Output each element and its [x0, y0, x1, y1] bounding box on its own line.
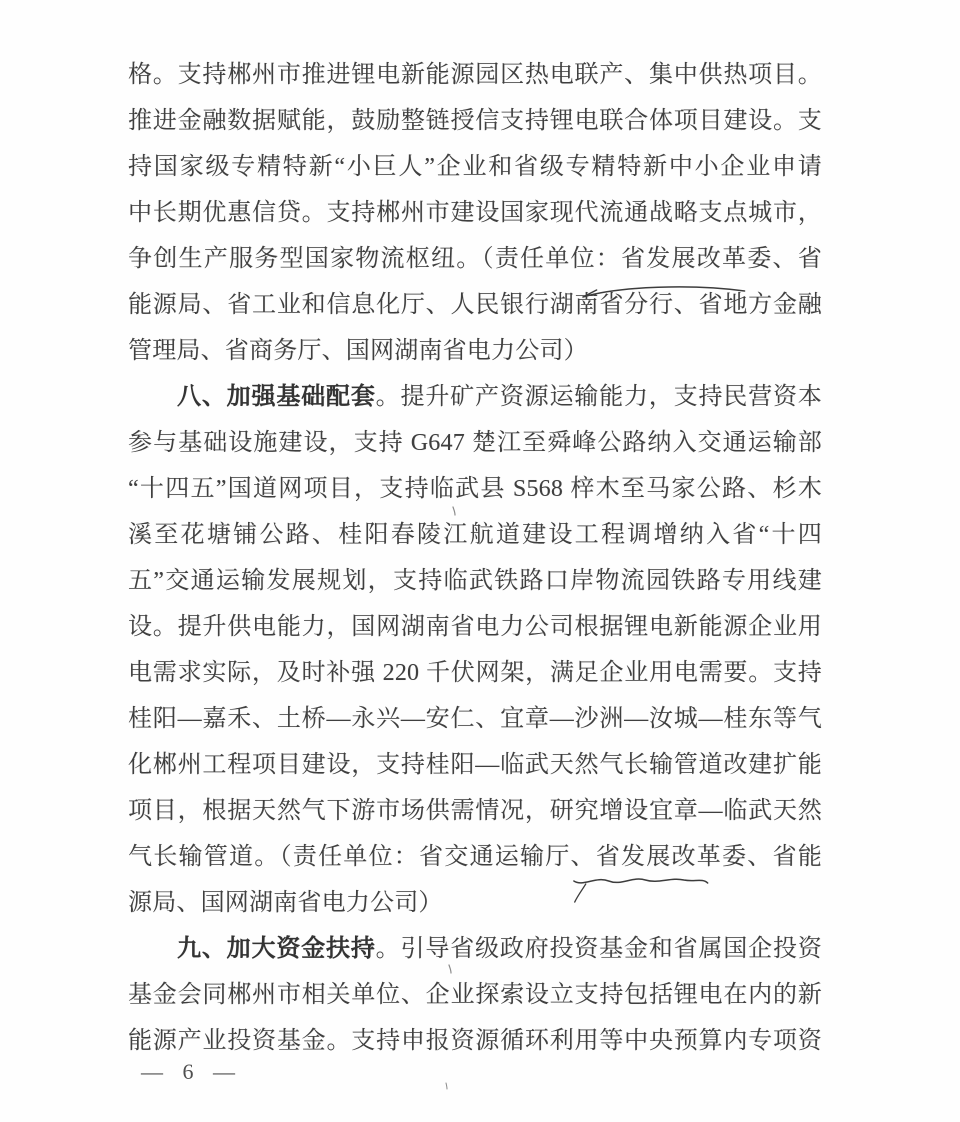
- section-heading-line-9: 九、加大资金扶持。引导省级政府投资基金和省属国企投资: [128, 926, 822, 972]
- line-text: 能源局、省工业和信息化厅、人民银行湖南省分行、省地方金融: [128, 292, 822, 318]
- line-text: 管理局、省商务厅、国网湖南省电力公司）: [128, 338, 588, 364]
- text-line-paragraph-end: 源局、国网湖南省电力公司）: [128, 880, 822, 926]
- line-text: 争创生产服务型国家物流枢纽。（责任单位：: [128, 246, 621, 272]
- text-line: 能源产业投资基金。支持申报资源循环利用等中央预算内专项资: [128, 1018, 822, 1064]
- line-text: “十四五”国道网项目，支持临武县 S568 梓木至马家公路、杉木: [128, 476, 822, 502]
- line-text: 源局、国网湖南省电力公司）: [128, 890, 443, 916]
- document-page: 格。支持郴州市推进锂电新能源园区热电联产、集中供热项目。 推进金融数据赋能，鼓励…: [0, 0, 960, 1122]
- line-text: 省发展改革委: [596, 844, 748, 870]
- line-text: 设。提升供电能力，国网湖南省电力公司根据锂电新能源企业用: [128, 614, 822, 640]
- line-text: 持国家级专精特新“小巨人”企业和省级专精特新中小企业申请: [128, 154, 822, 180]
- text-line-responsibility-1: 争创生产服务型国家物流枢纽。（责任单位：省发展改革委、省: [128, 236, 822, 282]
- text-line: 持国家级专精特新“小巨人”企业和省级专精特新中小企业申请: [128, 144, 822, 190]
- line-text: 省发展改革委: [621, 246, 773, 272]
- text-line-paragraph-end: 管理局、省商务厅、国网湖南省电力公司）: [128, 328, 822, 374]
- section-heading: 八、加强基础配套: [177, 383, 376, 410]
- text-line: 格。支持郴州市推进锂电新能源园区热电联产、集中供热项目。: [128, 52, 822, 98]
- line-text: 溪至花塘铺公路、桂阳春陵江航道建设工程调增纳入省“十四: [128, 522, 822, 548]
- underlined-text: 省发展改革委: [596, 844, 748, 870]
- text-line: 项目，根据天然气下游市场供需情况，研究增设宜章—临武天然: [128, 788, 822, 834]
- line-text: 项目，根据天然气下游市场供需情况，研究增设宜章—临武天然: [128, 798, 822, 824]
- text-line: 设。提升供电能力，国网湖南省电力公司根据锂电新能源企业用: [128, 604, 822, 650]
- line-text: 基金会同郴州市相关单位、企业探索设立支持包括锂电在内的新: [128, 982, 822, 1008]
- line-text: 参与基础设施建设，支持 G647 楚江至舜峰公路纳入交通运输部: [128, 430, 822, 456]
- text-line-responsibility-2: 气长输管道。（责任单位：省交通运输厅、省发展改革委、省能: [128, 834, 822, 880]
- line-text: 桂阳—嘉禾、土桥—永兴—安仁、宜章—沙洲—汝城—桂东等气: [128, 706, 822, 732]
- text-line: “十四五”国道网项目，支持临武县 S568 梓木至马家公路、杉木: [128, 466, 822, 512]
- underlined-text: 省发展改革委: [621, 246, 773, 272]
- page-number: — 6 —: [141, 1059, 242, 1085]
- text-line: 能源局、省工业和信息化厅、人民银行湖南省分行、省地方金融: [128, 282, 822, 328]
- document-body: 格。支持郴州市推进锂电新能源园区热电联产、集中供热项目。 推进金融数据赋能，鼓励…: [128, 52, 822, 1064]
- line-text: 格。支持郴州市推进锂电新能源园区热电联产、集中供热项目。: [128, 62, 822, 88]
- text-line: 电需求实际，及时补强 220 千伏网架，满足企业用电需要。支持: [128, 650, 822, 696]
- line-text: 化郴州工程项目建设，支持桂阳—临武天然气长输管道改建扩能: [128, 752, 822, 778]
- section-heading: 九、加大资金扶持: [177, 935, 376, 962]
- text-line: 五”交通运输发展规划，支持临武铁路口岸物流园铁路专用线建: [128, 558, 822, 604]
- text-line: 推进金融数据赋能，鼓励整链授信支持锂电联合体项目建设。支: [128, 98, 822, 144]
- text-line: 桂阳—嘉禾、土桥—永兴—安仁、宜章—沙洲—汝城—桂东等气: [128, 696, 822, 742]
- line-text: 。引导省级政府投资基金和省属国企投资: [376, 936, 822, 962]
- line-text: 气长输管道。（责任单位：省交通运输厅、: [128, 844, 596, 870]
- line-text: 能源产业投资基金。支持申报资源循环利用等中央预算内专项资: [128, 1028, 822, 1054]
- line-text: 中长期优惠信贷。支持郴州市建设国家现代流通战略支点城市，: [128, 200, 822, 226]
- text-line: 化郴州工程项目建设，支持桂阳—临武天然气长输管道改建扩能: [128, 742, 822, 788]
- line-text: 。提升矿产资源运输能力，支持民营资本: [376, 384, 822, 410]
- text-line: 基金会同郴州市相关单位、企业探索设立支持包括锂电在内的新: [128, 972, 822, 1018]
- section-heading-line-8: 八、加强基础配套。提升矿产资源运输能力，支持民营资本: [128, 374, 822, 420]
- line-text: 、省: [773, 246, 822, 272]
- line-text: 推进金融数据赋能，鼓励整链授信支持锂电联合体项目建设。支: [128, 108, 822, 134]
- text-line: 溪至花塘铺公路、桂阳春陵江航道建设工程调增纳入省“十四: [128, 512, 822, 558]
- line-text: 、省能: [747, 844, 822, 870]
- line-text: 五”交通运输发展规划，支持临武铁路口岸物流园铁路专用线建: [128, 568, 822, 594]
- line-text: 电需求实际，及时补强 220 千伏网架，满足企业用电需要。支持: [128, 660, 822, 686]
- text-line: 参与基础设施建设，支持 G647 楚江至舜峰公路纳入交通运输部: [128, 420, 822, 466]
- text-line: 中长期优惠信贷。支持郴州市建设国家现代流通战略支点城市，: [128, 190, 822, 236]
